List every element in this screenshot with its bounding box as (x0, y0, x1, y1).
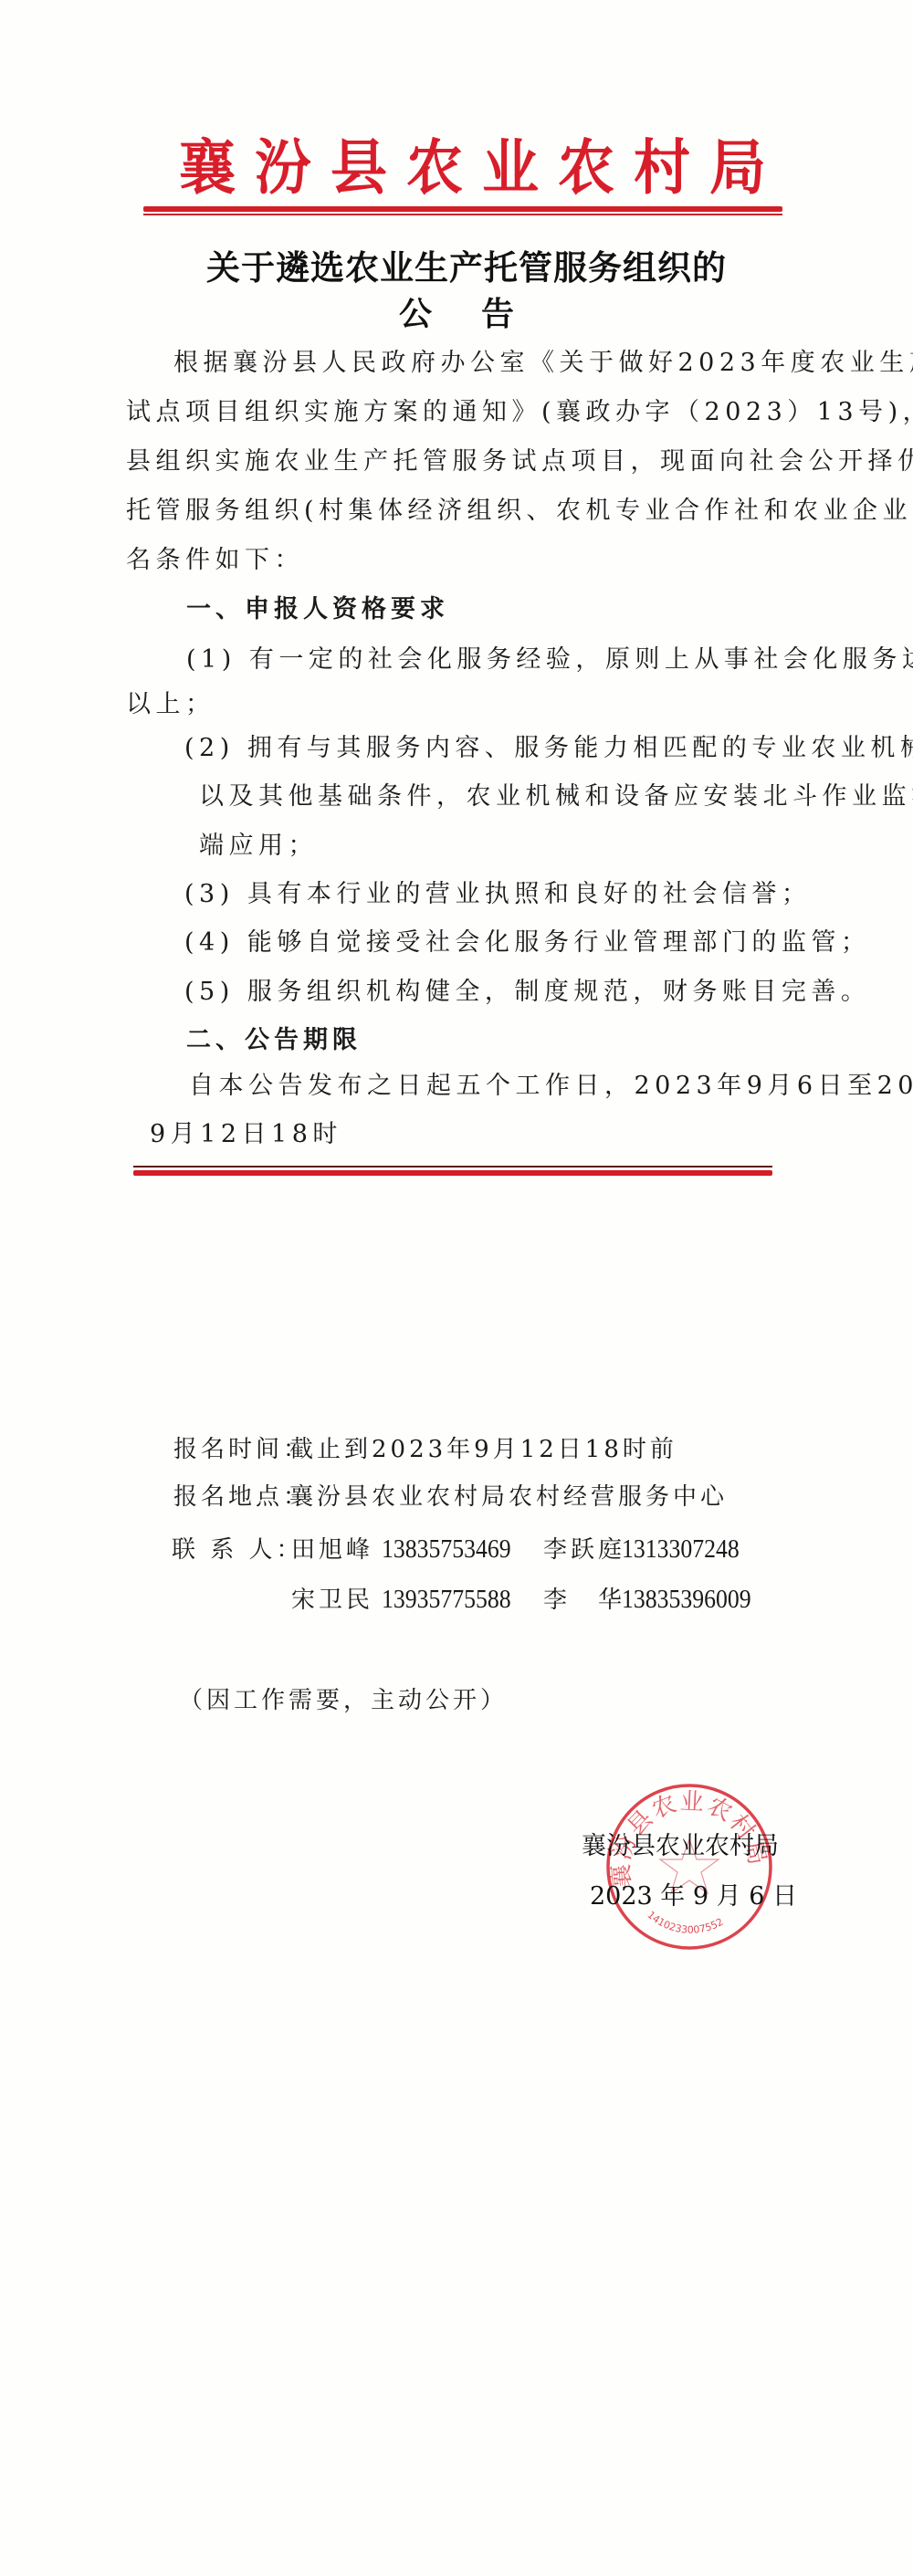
registration-place-label: 报名地点： (173, 1479, 289, 1515)
signature-date: 2023 年 9 月 6 日 (590, 1879, 797, 1915)
letterhead-title: 襄汾县农业农村局 (179, 130, 785, 206)
requirement-item-4: (4) 能够自觉接受社会化服务行业管理部门的监管； (184, 925, 870, 961)
registration-place: 报名地点：襄汾县农业农村局农村经营服务中心 (173, 1479, 728, 1515)
intro-line: 托管服务组织(村集体经济组织、农机专业合作社和农业企业)。报 (126, 493, 913, 529)
letterhead-rule-thin (143, 214, 782, 215)
registration-time: 报名时间：截止到2023年9月12日18时前 (173, 1431, 677, 1468)
notice-subheading-char-1: 公 (399, 294, 436, 336)
official-seal-icon: 襄汾县农业农村局 1410233007552 (605, 1783, 773, 1951)
footer-rule-thin (133, 1166, 772, 1168)
letterhead-rule-thick (143, 206, 782, 212)
intro-line: 根据襄汾县人民政府办公室《关于做好2023年度农业生产托管 (173, 345, 913, 382)
requirement-item-2-cont: 以及其他基础条件，农业机械和设备应安装北斗作业监测终 (199, 779, 913, 815)
requirement-item-2: (2) 拥有与其服务内容、服务能力相匹配的专业农业机械设备 (184, 730, 913, 767)
period-line-cont: 9月12日18时 (150, 1116, 342, 1153)
contact-name: 宋卫民 (291, 1582, 373, 1618)
contact-label: 联 系 人： (172, 1532, 304, 1568)
requirement-item-2-cont: 端应用； (199, 828, 318, 864)
intro-line: 县组织实施农业生产托管服务试点项目，现面向社会公开择优选择 (126, 444, 913, 480)
notice-subheading: 公告 (399, 294, 518, 336)
period-line: 自本公告发布之日起五个工作日，2023年9月6日至2023年 (189, 1068, 913, 1105)
registration-time-label: 报名时间： (173, 1431, 289, 1468)
contact-phone: 13835753469 (382, 1532, 511, 1568)
requirement-item-5: (5) 服务组织机构健全，制度规范，财务账目完善。 (184, 974, 870, 1011)
notice-heading: 关于遴选农业生产托管服务组织的 (206, 246, 727, 290)
section-title-requirements: 一、申报人资格要求 (186, 592, 449, 628)
intro-line: 试点项目组织实施方案的通知》(襄政办字（2023）13号)，拟在我 (126, 394, 913, 431)
registration-time-value: 截止到2023年9月12日18时前 (289, 1436, 677, 1463)
requirement-item-1: (1) 有一定的社会化服务经验，原则上从事社会化服务达两年 (186, 642, 913, 678)
contact-phone: 1313307248 (622, 1532, 740, 1568)
contact-name: 李跃庭 (543, 1532, 625, 1568)
registration-place-value: 襄汾县农业农村局农村经营服务中心 (289, 1483, 728, 1511)
footer-rule-thick (133, 1170, 772, 1176)
notice-subheading-char-2: 告 (481, 294, 518, 336)
section-title-period: 二、公告期限 (186, 1022, 362, 1059)
requirement-item-3: (3) 具有本行业的营业执照和良好的社会信誉； (184, 876, 811, 913)
contact-phone: 13835396009 (622, 1582, 751, 1618)
contact-name: 田旭峰 (291, 1532, 373, 1568)
disclosure-note: （因工作需要，主动公开） (179, 1682, 508, 1719)
requirement-item-1-cont: 以上； (126, 686, 215, 723)
contact-phone: 13935775588 (382, 1582, 511, 1618)
signature-organization: 襄汾县农业农村局 (582, 1828, 779, 1865)
intro-line: 名条件如下： (126, 542, 304, 579)
contact-name: 李 华 (543, 1582, 625, 1618)
